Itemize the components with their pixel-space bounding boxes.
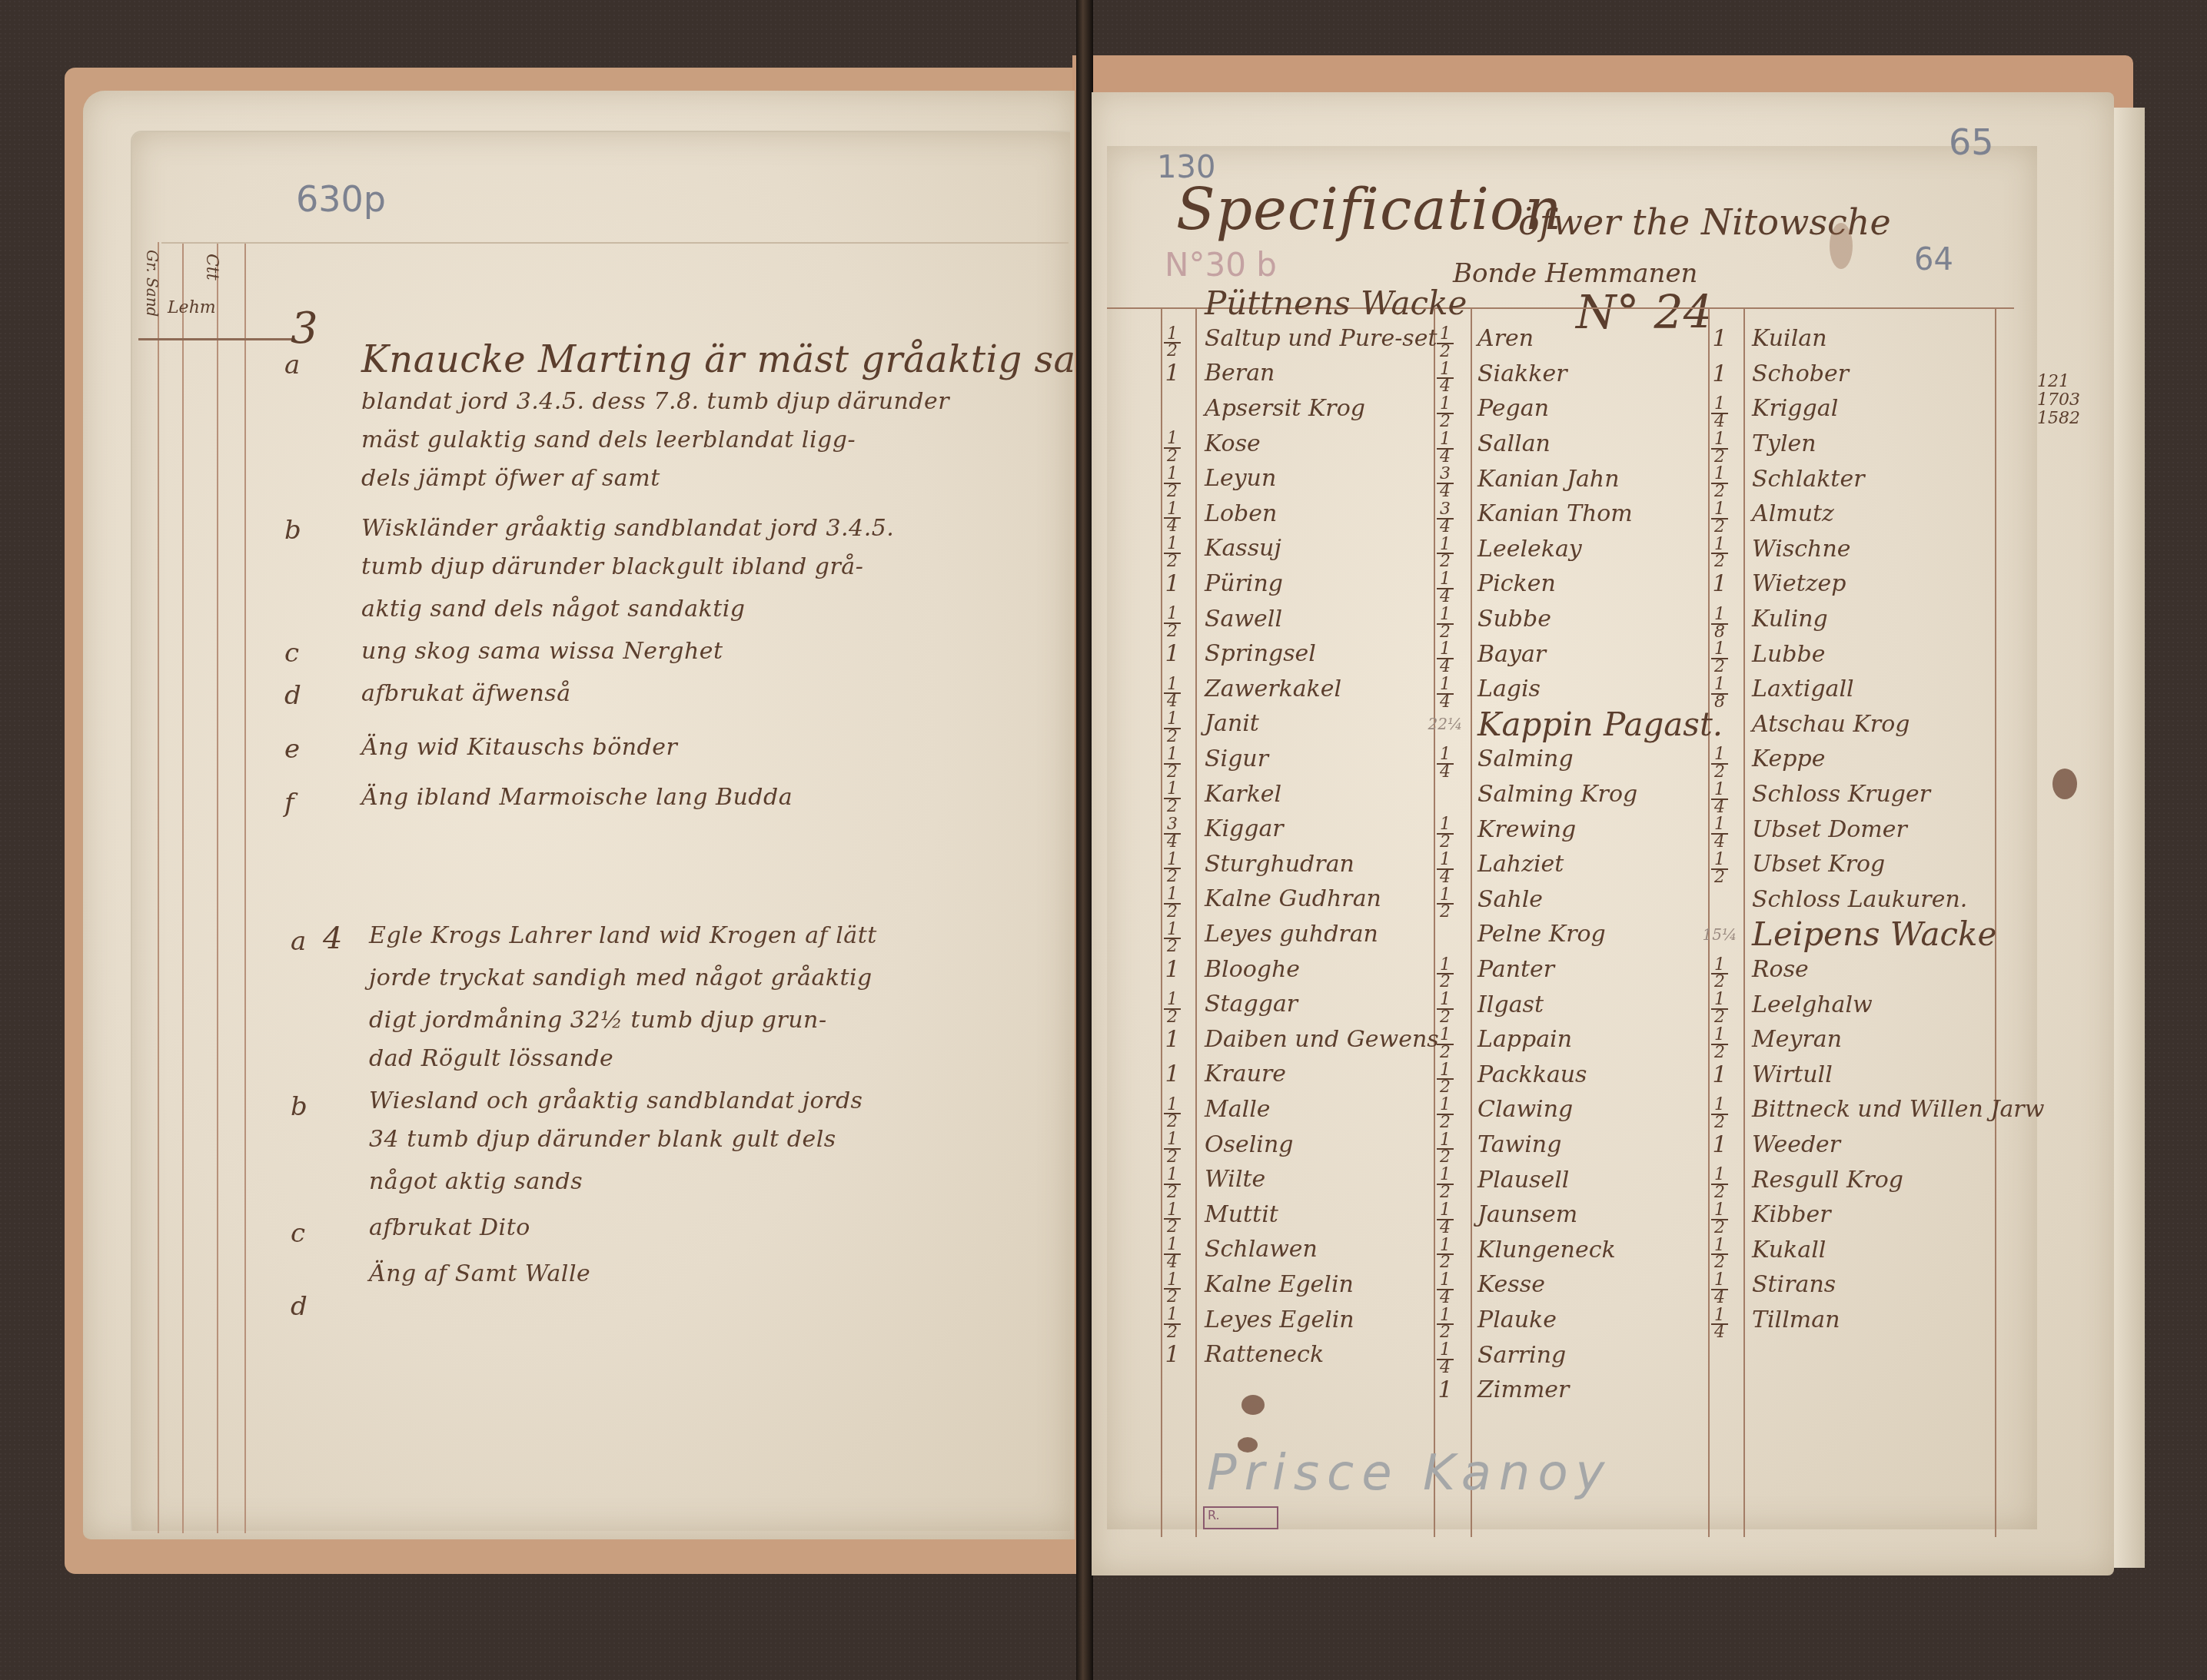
farm-name: Janit <box>1195 710 1259 737</box>
farm-name: Bayar <box>1468 641 1546 668</box>
quantity: 1 <box>1697 570 1743 597</box>
farm-name: Panter <box>1468 956 1554 983</box>
farm-name: Leelghalw <box>1743 991 1873 1018</box>
table-row: 14Picken <box>1422 566 1723 602</box>
section-number-3: 3 <box>291 304 318 354</box>
table-row: 14Tillman <box>1697 1303 2044 1338</box>
farm-name: Sigur <box>1195 745 1268 772</box>
entry-letter: b <box>284 515 301 546</box>
ink-blot <box>2052 769 2077 799</box>
farm-name: Salming Krog <box>1468 781 1637 808</box>
farm-name: Lahziet <box>1468 851 1564 878</box>
table-row: 12Krewing <box>1422 812 1723 847</box>
table-row: 1Weeder <box>1697 1127 2044 1163</box>
entry-line: 34 tumb djup därunder blank gult dels <box>369 1126 836 1153</box>
farm-name: Lagis <box>1468 676 1541 702</box>
table-row: 12Panter <box>1422 952 1723 988</box>
archive-stamp: R. <box>1203 1506 1278 1529</box>
section-header-row: 15¼ Leipens Wacke <box>1697 917 2044 952</box>
table-row: 12Aren <box>1422 321 1723 357</box>
margin-note-line: 1582 <box>2037 410 2080 428</box>
quantity: 12 <box>1697 529 1743 569</box>
farm-name: Rose <box>1743 956 1809 983</box>
table-row: 12Almutz <box>1697 496 2044 532</box>
table-row: 12Subbe <box>1422 602 1723 637</box>
farm-name: Sturghudran <box>1195 851 1354 878</box>
table-row: 12Bittneck und Willen Jarw <box>1697 1092 2044 1127</box>
quantity: 1 <box>1149 956 1195 983</box>
entry-line: aktig sand dels något sandaktig <box>361 596 746 623</box>
quantity: 14 <box>1422 739 1468 779</box>
farm-name: Tawing <box>1468 1131 1561 1158</box>
table-row: 14Lagis <box>1422 672 1723 707</box>
table-row: 14Schlawen <box>1149 1232 1467 1267</box>
quantity: 18 <box>1697 669 1743 709</box>
table-row: 12Tylen <box>1697 427 2044 462</box>
farm-name: Atschau Krog <box>1743 711 1910 738</box>
farm-name: Keppe <box>1743 745 1826 772</box>
entry-letter: f <box>284 788 294 818</box>
quantity: 1 <box>1149 570 1195 597</box>
book-spine <box>1076 0 1093 1680</box>
section-header-row: Püttnens Wacke <box>1149 286 1467 321</box>
farm-name: Püring <box>1195 570 1283 597</box>
table-row: 12Keppe <box>1697 742 2044 777</box>
farm-name: Subbe <box>1468 606 1551 632</box>
quantity: 12 <box>1149 598 1195 639</box>
table-row: 14Zawerkakel <box>1149 672 1467 707</box>
entry-line: Egle Krogs Lahrer land wid Krogen af lät… <box>369 922 877 949</box>
farm-name: Clawing <box>1468 1096 1573 1123</box>
table-row: 12Meyran <box>1697 1022 2044 1057</box>
farm-name: Aren <box>1468 325 1534 352</box>
entry-line: tumb djup därunder blackgult ibland grå- <box>361 553 863 580</box>
farm-name: Leyes Egelin <box>1195 1306 1354 1333</box>
table-row: 34Kanian Thom <box>1422 496 1723 532</box>
table-row: 1Püring <box>1149 566 1467 602</box>
quantity: 1 <box>1422 1376 1468 1403</box>
left-margin-rule-2 <box>182 242 184 1533</box>
quantity: 12 <box>1149 984 1195 1024</box>
farm-name: Daiben und Gewens <box>1195 1026 1439 1053</box>
table-row: 1Kuilan <box>1697 321 2044 357</box>
ink-blot <box>1241 1395 1265 1415</box>
farm-name: Kiggar <box>1195 815 1284 842</box>
table-row: 14Kriggal <box>1697 391 2044 427</box>
farm-name: Malle <box>1195 1096 1271 1123</box>
table-row: 12Kassuj <box>1149 531 1467 566</box>
farm-name: Schober <box>1743 360 1849 387</box>
table-row: 34Kiggar <box>1149 812 1467 847</box>
farm-name: Wischne <box>1743 536 1851 563</box>
table-row: 12Schlakter <box>1697 461 2044 496</box>
table-row: 14Sallan <box>1422 427 1723 462</box>
farm-name: Muttit <box>1195 1201 1278 1228</box>
farm-name: Krewing <box>1468 816 1576 843</box>
top-rule <box>161 242 1069 244</box>
farm-name: Pegan <box>1468 395 1549 422</box>
table-row: 12Sturghudran <box>1149 847 1467 882</box>
ink-blot <box>1238 1437 1258 1453</box>
table-row: 1Kraure <box>1149 1057 1467 1092</box>
table-row: 14Schloss Kruger <box>1697 777 2044 812</box>
table-row: 12Plauke <box>1422 1303 1723 1338</box>
farm-name: Kibber <box>1743 1201 1831 1228</box>
table-row: 14Loben <box>1149 496 1467 532</box>
section-header: Kappin Pagast. <box>1468 706 1723 743</box>
quantity: 14 <box>1422 669 1468 709</box>
entry-line: jorde tryckat sandigh med något gråaktig <box>369 965 872 991</box>
table-row: Salming Krog <box>1422 777 1723 812</box>
quantity: 12 <box>1149 914 1195 955</box>
entry-line: Wiskländer gråaktig sandblandat jord 3.4… <box>361 515 894 542</box>
table-row: 12Sigur <box>1149 742 1467 777</box>
table-row: 12Muttit <box>1149 1197 1467 1232</box>
margin-note-line: 121 <box>2037 373 2080 391</box>
table-row: 12Kukall <box>1697 1232 2044 1267</box>
farm-name: Ubset Domer <box>1743 816 1907 843</box>
farm-name: Kassuj <box>1195 535 1281 562</box>
column-puttnens-wacke: Püttnens Wacke 12Saltup und Pure-set1Ber… <box>1149 286 1467 1372</box>
header-underline <box>138 338 292 340</box>
quantity: 12 <box>1697 1019 1743 1060</box>
farm-name: Plauke <box>1468 1306 1557 1333</box>
farm-name: Bittneck und Willen Jarw <box>1743 1096 2044 1123</box>
table-row: 1Beran <box>1149 356 1467 391</box>
right-folio-number-64: 64 <box>1914 242 1953 277</box>
farm-name: Oseling <box>1195 1131 1293 1158</box>
farm-name: Lubbe <box>1743 641 1825 668</box>
entry-line: Äng af Samt Walle <box>369 1260 590 1287</box>
table-row: Schloss Laukuren. <box>1697 882 2044 918</box>
table-row: 12Janit <box>1149 706 1467 742</box>
table-row: Atschau Krog <box>1697 707 2044 742</box>
farm-name: Siakker <box>1468 360 1567 387</box>
entry-line: ung skog sama wissa Nerghet <box>361 638 723 665</box>
farm-name: Pelne Krog <box>1468 921 1606 948</box>
entry-number: 4 <box>323 921 342 956</box>
farm-name: Ubset Krog <box>1743 851 1885 878</box>
subtotal: 15¼ <box>1697 925 1743 944</box>
farm-name: Schlawen <box>1195 1236 1318 1263</box>
quantity: 1 <box>1697 1061 1743 1088</box>
table-row: 12Sahle <box>1422 882 1723 918</box>
table-row: 12Rose <box>1697 952 2044 988</box>
table-row: 1Schober <box>1697 357 2044 392</box>
table-row: 12Leelekay <box>1422 532 1723 567</box>
table-row: 1Daiben und Gewens <box>1149 1021 1467 1057</box>
entry-letter: a <box>284 350 300 380</box>
table-row: 12Plausell <box>1422 1162 1723 1197</box>
table-row: 12Leyes guhdran <box>1149 917 1467 952</box>
table-row: 12Leyun <box>1149 461 1467 496</box>
table-row: 12Lappain <box>1422 1022 1723 1057</box>
table-row: 12Ubset Krog <box>1697 847 2044 882</box>
quantity: 14 <box>1697 1300 1743 1340</box>
farm-name: Zimmer <box>1468 1376 1569 1403</box>
table-row: 14Kesse <box>1422 1267 1723 1303</box>
quantity: 1 <box>1697 325 1743 352</box>
table-row: Pelne Krog <box>1422 917 1723 952</box>
farm-name: Apsersit Krog <box>1195 395 1365 422</box>
red-pencil-mark: N°30 b <box>1165 246 1277 284</box>
entry-letter: d <box>291 1291 307 1322</box>
farm-name: Sawell <box>1195 606 1282 632</box>
table-row: 12Packkaus <box>1422 1057 1723 1092</box>
column-right: 1Kuilan1Schober14Kriggal12Tylen12Schlakt… <box>1697 321 2044 1337</box>
farm-name: Sarring <box>1468 1342 1566 1369</box>
table-row: 14Lahziet <box>1422 847 1723 882</box>
farm-name: Kanian Thom <box>1468 500 1633 527</box>
farm-name: Beran <box>1195 360 1275 387</box>
farm-name: Plausell <box>1468 1167 1569 1194</box>
farm-name: Packkaus <box>1468 1061 1587 1088</box>
farm-name: Meyran <box>1743 1026 1842 1053</box>
farm-name: Zawerkakel <box>1195 676 1341 702</box>
table-row: Apsersit Krog <box>1149 391 1467 427</box>
entry-line: Wiesland och gråaktig sandblandat jords <box>369 1087 863 1114</box>
farm-name: Staggar <box>1195 991 1298 1018</box>
farm-name: Leelekay <box>1468 536 1582 563</box>
farm-name: Sallan <box>1468 430 1551 457</box>
subtotal: 22¼ <box>1422 715 1468 733</box>
column-middle: 12Aren14Siakker12Pegan14Sallan34Kanian J… <box>1422 321 1723 1407</box>
farm-name: Salming <box>1468 745 1574 772</box>
table-row: 12Saltup und Pure-set <box>1149 321 1467 357</box>
farm-name: Saltup und Pure-set <box>1195 325 1437 352</box>
entry-line: Äng ibland Marmoische lang Budda <box>361 784 793 811</box>
entry-line: afbrukat äfwenså <box>361 680 571 707</box>
table-row: 14Ubset Domer <box>1697 812 2044 847</box>
table-row: 12Kalne Gudhran <box>1149 882 1467 917</box>
farm-name: Weeder <box>1743 1131 1840 1158</box>
quantity: 12 <box>1149 528 1195 569</box>
table-row: 12Clawing <box>1422 1092 1723 1127</box>
table-row: 1Blooghe <box>1149 951 1467 987</box>
quantity: 12 <box>1697 1089 1743 1130</box>
farm-name: Lappain <box>1468 1026 1572 1053</box>
pencil-footer-note: Prisce Kanoy <box>1207 1445 1612 1502</box>
table-row: 18Kuling <box>1697 602 2044 637</box>
farm-name: Wirtull <box>1743 1061 1833 1088</box>
margin-note-line: 1703 <box>2037 391 2080 410</box>
table-row: 1Wirtull <box>1697 1057 2044 1092</box>
table-row: 12Kose <box>1149 426 1467 461</box>
table-row: 12Resgull Krog <box>1697 1162 2044 1197</box>
column-header-ctt: Ctt <box>202 254 221 281</box>
table-row: 12Pegan <box>1422 391 1723 427</box>
section-header-row: 22¼ Kappin Pagast. <box>1422 707 1723 742</box>
table-row: 12Malle <box>1149 1092 1467 1127</box>
entry-line: något aktig sands <box>369 1168 583 1195</box>
farm-name: Schloss Kruger <box>1743 781 1930 808</box>
document-subtitle: Bonde Hemmanen <box>1453 258 1697 289</box>
farm-name: Kriggal <box>1743 395 1838 422</box>
table-row: 1Springsel <box>1149 636 1467 672</box>
farm-name: Wilte <box>1195 1166 1265 1193</box>
table-row: 12Lubbe <box>1697 636 2044 672</box>
farm-name: Karkel <box>1195 781 1281 808</box>
table-row: 14Sarring <box>1422 1337 1723 1373</box>
left-margin-rule-3 <box>217 242 218 1533</box>
entry-letter: d <box>284 680 301 711</box>
right-folio-number-65: 65 <box>1949 121 1994 163</box>
entry-letter: c <box>291 1218 305 1249</box>
table-row: 12Tawing <box>1422 1127 1723 1163</box>
farm-name: Loben <box>1195 500 1277 527</box>
left-margin-rule-1 <box>158 242 159 1533</box>
entry-line: blandat jord 3.4.5. dess 7.8. tumb djup … <box>361 388 949 415</box>
left-folio-number: 630p <box>296 178 386 220</box>
quantity: 1 <box>1149 640 1195 667</box>
entry-line: digt jordmåning 32½ tumb djup grun- <box>369 1007 827 1034</box>
quantity: 12 <box>1149 1299 1195 1340</box>
table-row: 12Sawell <box>1149 601 1467 636</box>
column-header-sand: Gr. Sand <box>143 250 161 317</box>
entry-letter: a <box>291 926 306 957</box>
table-row: 12Klungeneck <box>1422 1232 1723 1267</box>
entry-letter: c <box>284 638 299 669</box>
quantity: 1 <box>1149 1026 1195 1053</box>
table-row: 12Leyes Egelin <box>1149 1302 1467 1337</box>
entry-line: mäst gulaktig sand dels leerblandat ligg… <box>361 427 856 453</box>
farm-name: Kalne Gudhran <box>1195 885 1381 912</box>
farm-name: Klungeneck <box>1468 1237 1616 1263</box>
farm-name: Kukall <box>1743 1237 1826 1263</box>
farm-name: Schloss Laukuren. <box>1743 886 1967 913</box>
farm-name: Wietzep <box>1743 570 1846 597</box>
entry-line: Knaucke Marting är mäst gråaktig sand- <box>361 338 1137 381</box>
farm-name: Sahle <box>1468 886 1543 913</box>
quantity: 1 <box>1149 1061 1195 1087</box>
farm-name: Stirans <box>1743 1271 1836 1298</box>
section-header: Leipens Wacke <box>1743 915 1996 953</box>
table-row: 34Kanian Jahn <box>1422 461 1723 496</box>
farm-name: Resgull Krog <box>1743 1167 1903 1194</box>
table-row: 12Karkel <box>1149 776 1467 812</box>
farm-name: Kuling <box>1743 606 1828 632</box>
farm-name: Tillman <box>1743 1306 1840 1333</box>
table-row: 1Wietzep <box>1697 566 2044 602</box>
table-row: 1Zimmer <box>1422 1373 1723 1408</box>
table-row: 12Wilte <box>1149 1162 1467 1197</box>
table-row: 12Oseling <box>1149 1127 1467 1162</box>
farm-name: Springsel <box>1195 640 1316 667</box>
quantity: 1 <box>1149 360 1195 387</box>
farm-name: Picken <box>1468 570 1556 597</box>
farm-name: Ilgast <box>1468 991 1544 1018</box>
column-header-lehm: Lehm <box>168 298 216 317</box>
table-row: 12Kibber <box>1697 1197 2044 1233</box>
farm-name: Kuilan <box>1743 325 1826 352</box>
table-row: 18Laxtigall <box>1697 672 2044 707</box>
entry-line: Äng wid Kitauschs bönder <box>361 734 677 761</box>
stain <box>1830 223 1853 269</box>
quantity: 12 <box>1697 844 1743 885</box>
farm-name: Tylen <box>1743 430 1816 457</box>
farm-name: Leyun <box>1195 465 1276 492</box>
farm-name: Kanian Jahn <box>1468 466 1620 493</box>
entry-letter: b <box>291 1091 307 1122</box>
left-margin-rule-4 <box>244 242 246 1533</box>
quantity: 1 <box>1149 1341 1195 1368</box>
farm-name: Jaunsem <box>1468 1201 1577 1228</box>
farm-name: Almutz <box>1743 500 1834 527</box>
quantity: 14 <box>1422 1334 1468 1375</box>
quantity: 1 <box>1697 1131 1743 1158</box>
table-row: 12Ilgast <box>1422 987 1723 1022</box>
margin-note: 121 1703 1582 <box>2037 373 2080 428</box>
entry-line: afbrukat Dito <box>369 1214 530 1241</box>
table-row: 14Stirans <box>1697 1267 2044 1303</box>
table-row: 12Leelghalw <box>1697 987 2044 1022</box>
farm-name: Blooghe <box>1195 956 1300 983</box>
entry-line: dad Rögult lössande <box>369 1045 613 1072</box>
table-row: 12Wischne <box>1697 532 2044 567</box>
entry-letter: e <box>284 734 300 765</box>
table-row: 14Jaunsem <box>1422 1197 1723 1233</box>
farm-name: Laxtigall <box>1743 676 1854 702</box>
quantity: 12 <box>1149 318 1195 359</box>
table-row: 14Bayar <box>1422 636 1723 672</box>
quantity: 1 <box>1697 360 1743 387</box>
farm-name: Schlakter <box>1743 466 1864 493</box>
quantity: 12 <box>1422 879 1468 920</box>
document-title: Specification <box>1176 177 1562 243</box>
farm-name: Kraure <box>1195 1061 1286 1087</box>
table-row: 12Staggar <box>1149 987 1467 1022</box>
table-row: 1Ratteneck <box>1149 1337 1467 1373</box>
farm-name: Leyes guhdran <box>1195 921 1378 948</box>
farm-name: Kose <box>1195 430 1261 457</box>
farm-name: Kesse <box>1468 1271 1545 1298</box>
table-row: 14Siakker <box>1422 357 1723 392</box>
farm-name: Kalne Egelin <box>1195 1271 1354 1298</box>
table-row: 14Salming <box>1422 742 1723 777</box>
section-header: Püttnens Wacke <box>1195 284 1467 322</box>
farm-name: Ratteneck <box>1195 1341 1324 1368</box>
entry-line: dels jämpt öfwer af samt <box>361 465 660 492</box>
table-row: 12Kalne Egelin <box>1149 1267 1467 1303</box>
